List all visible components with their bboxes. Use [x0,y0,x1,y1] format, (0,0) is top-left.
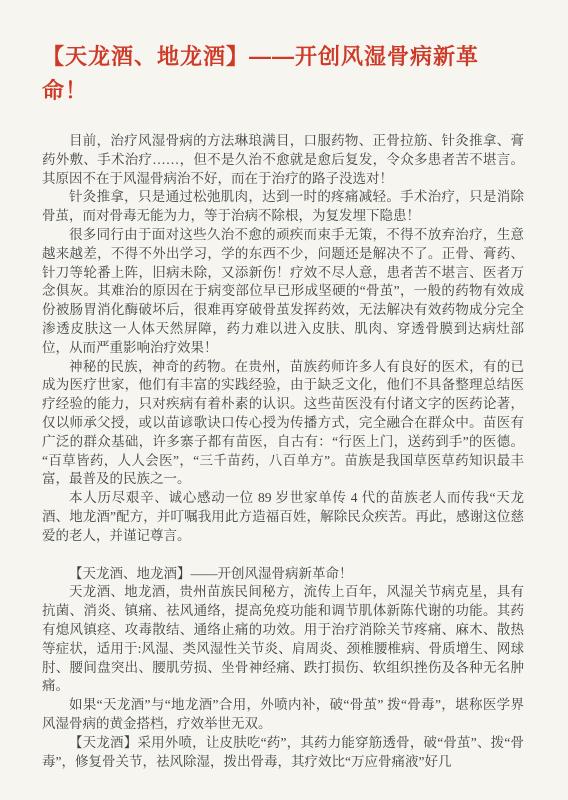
paragraph: 目前，治疗风湿骨病的方法琳琅满目，口服药物、正骨拉筋、针灸推拿、膏药外敷、手术治… [42,132,524,188]
paragraph: 针灸推拿，只是通过松弛肌肉，达到一时的疼痛减轻。手术治疗，只是消除骨茧，而对骨毒… [42,188,524,226]
paragraph: 很多同行由于面对这些久治不愈的顽疾而束手无策，不得不放弃治疗，生意越来越差，不得… [42,226,524,358]
document-body: 目前，治疗风湿骨病的方法琳琅满目，口服药物、正骨拉筋、针灸推拿、膏药外敷、手术治… [42,132,524,771]
paragraph: 如果“天龙酒”与“地龙酒”合用，外喷内补，破“骨茧” 拨“骨毒”，堪称医学界风湿… [42,696,524,734]
paragraph: 天龙酒、地龙酒，贵州苗族民间秘方，流传上百年，风湿关节病克星，具有抗菌、消炎、镇… [42,583,524,696]
document-page: 【天龙酒、地龙酒】——开创风湿骨病新革命！ 目前，治疗风湿骨病的方法琳琅满目，口… [0,0,568,800]
paragraph: 神秘的民族，神奇的药物。在贵州，苗族药师许多人有良好的医术，有的已成为医疗世家，… [42,358,524,490]
paragraph: 本人历尽艰辛、诚心感动一位 89 岁世家单传 4 代的苗族老人而传我“天龙酒、地… [42,489,524,545]
paragraph: 【天龙酒、地龙酒】——开创风湿骨病新革命！ [42,565,524,584]
paragraph: 【天龙酒】采用外喷，让皮肤吃“药”，其药力能穿筋透骨，破“骨茧”、拨“骨毒”，修… [42,734,524,772]
page-title: 【天龙酒、地龙酒】——开创风湿骨病新革命！ [42,40,524,108]
